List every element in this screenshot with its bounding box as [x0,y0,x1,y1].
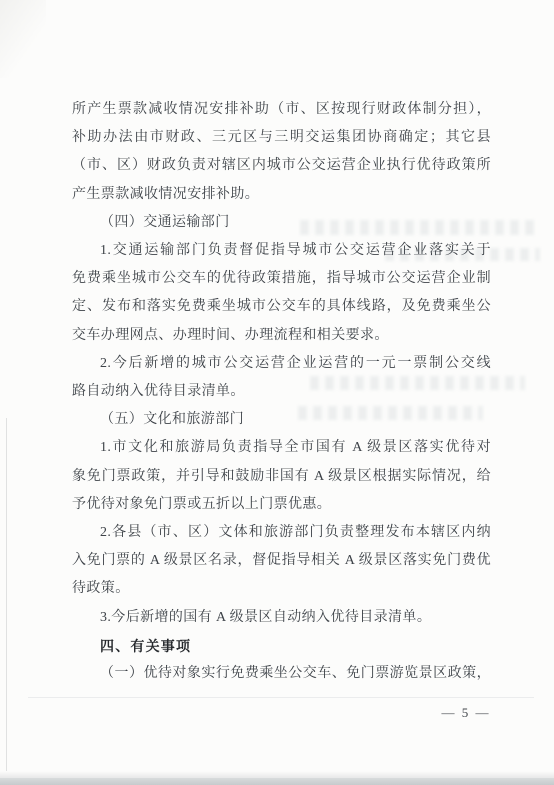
document-line: 待政策。 [72,575,491,603]
document-line: 1.交通运输部门负责督促指导城市公交运营企业落实关于 [72,237,491,265]
page-left-edge [6,418,7,772]
document-line: 路自动纳入优待目录清单。 [72,378,491,406]
section-heading-line: （五）文化和旅游部门 [72,406,491,434]
document-line: 补助办法由市财政、三元区与三明交运集团协商确定；其它县 [72,124,491,152]
scan-artifact-line [28,697,534,698]
document-line: 产生票款减收情况安排补助。 [72,181,491,209]
document-text-block: 所产生票款减收情况安排补助（市、区按现行财政体制分担）， 补助办法由市财政、三元… [72,96,491,688]
document-line: （市、区）财政负责对辖区内城市公交运营企业执行优待政策所 [72,152,491,180]
document-line: （一）优待对象实行免费乘坐公交车、免门票游览景区政策， [72,660,491,688]
document-line: 象免门票政策，并引导和鼓励非国有 A 级景区根据实际情况，给 [72,463,491,491]
page-number: — 5 — [442,705,491,720]
document-line: 2.今后新增的城市公交运营企业运营的一元一票制公交线 [72,350,491,378]
document-line: 2.各县（市、区）文体和旅游部门负责整理发布本辖区内纳 [72,519,491,547]
page-bottom-edge [0,771,554,778]
document-line: 1.市文化和旅游局负责指导全市国有 A 级景区落实优待对 [72,434,491,462]
document-line: 入免门票的 A 级景区名录，督促指导相关 A 级景区落实免门费优 [72,547,491,575]
document-page: 所产生票款减收情况安排补助（市、区按现行财政体制分担）， 补助办法由市财政、三元… [0,0,554,785]
document-line: 免费乘坐城市公交车的优待政策措施，指导城市公交运营企业制 [72,265,491,293]
document-line: 3.今后新增的国有 A 级景区自动纳入优待目录清单。 [72,604,491,632]
document-line: 交车办理网点、办理时间、办理流程和相关要求。 [72,322,491,350]
document-line: 所产生票款减收情况安排补助（市、区按现行财政体制分担）， [72,96,491,124]
scan-corner-shade [0,0,46,78]
section-heading-line: （四）交通运输部门 [72,209,491,237]
scanner-background-band [0,778,554,785]
chapter-heading: 四、有关事项 [72,632,491,660]
document-line: 予优待对象免门票或五折以上门票优惠。 [72,491,491,519]
page-footer: — 5 — [436,705,496,721]
document-line: 定、发布和落实免费乘坐城市公交车的具体线路，及免费乘坐公 [72,293,491,321]
